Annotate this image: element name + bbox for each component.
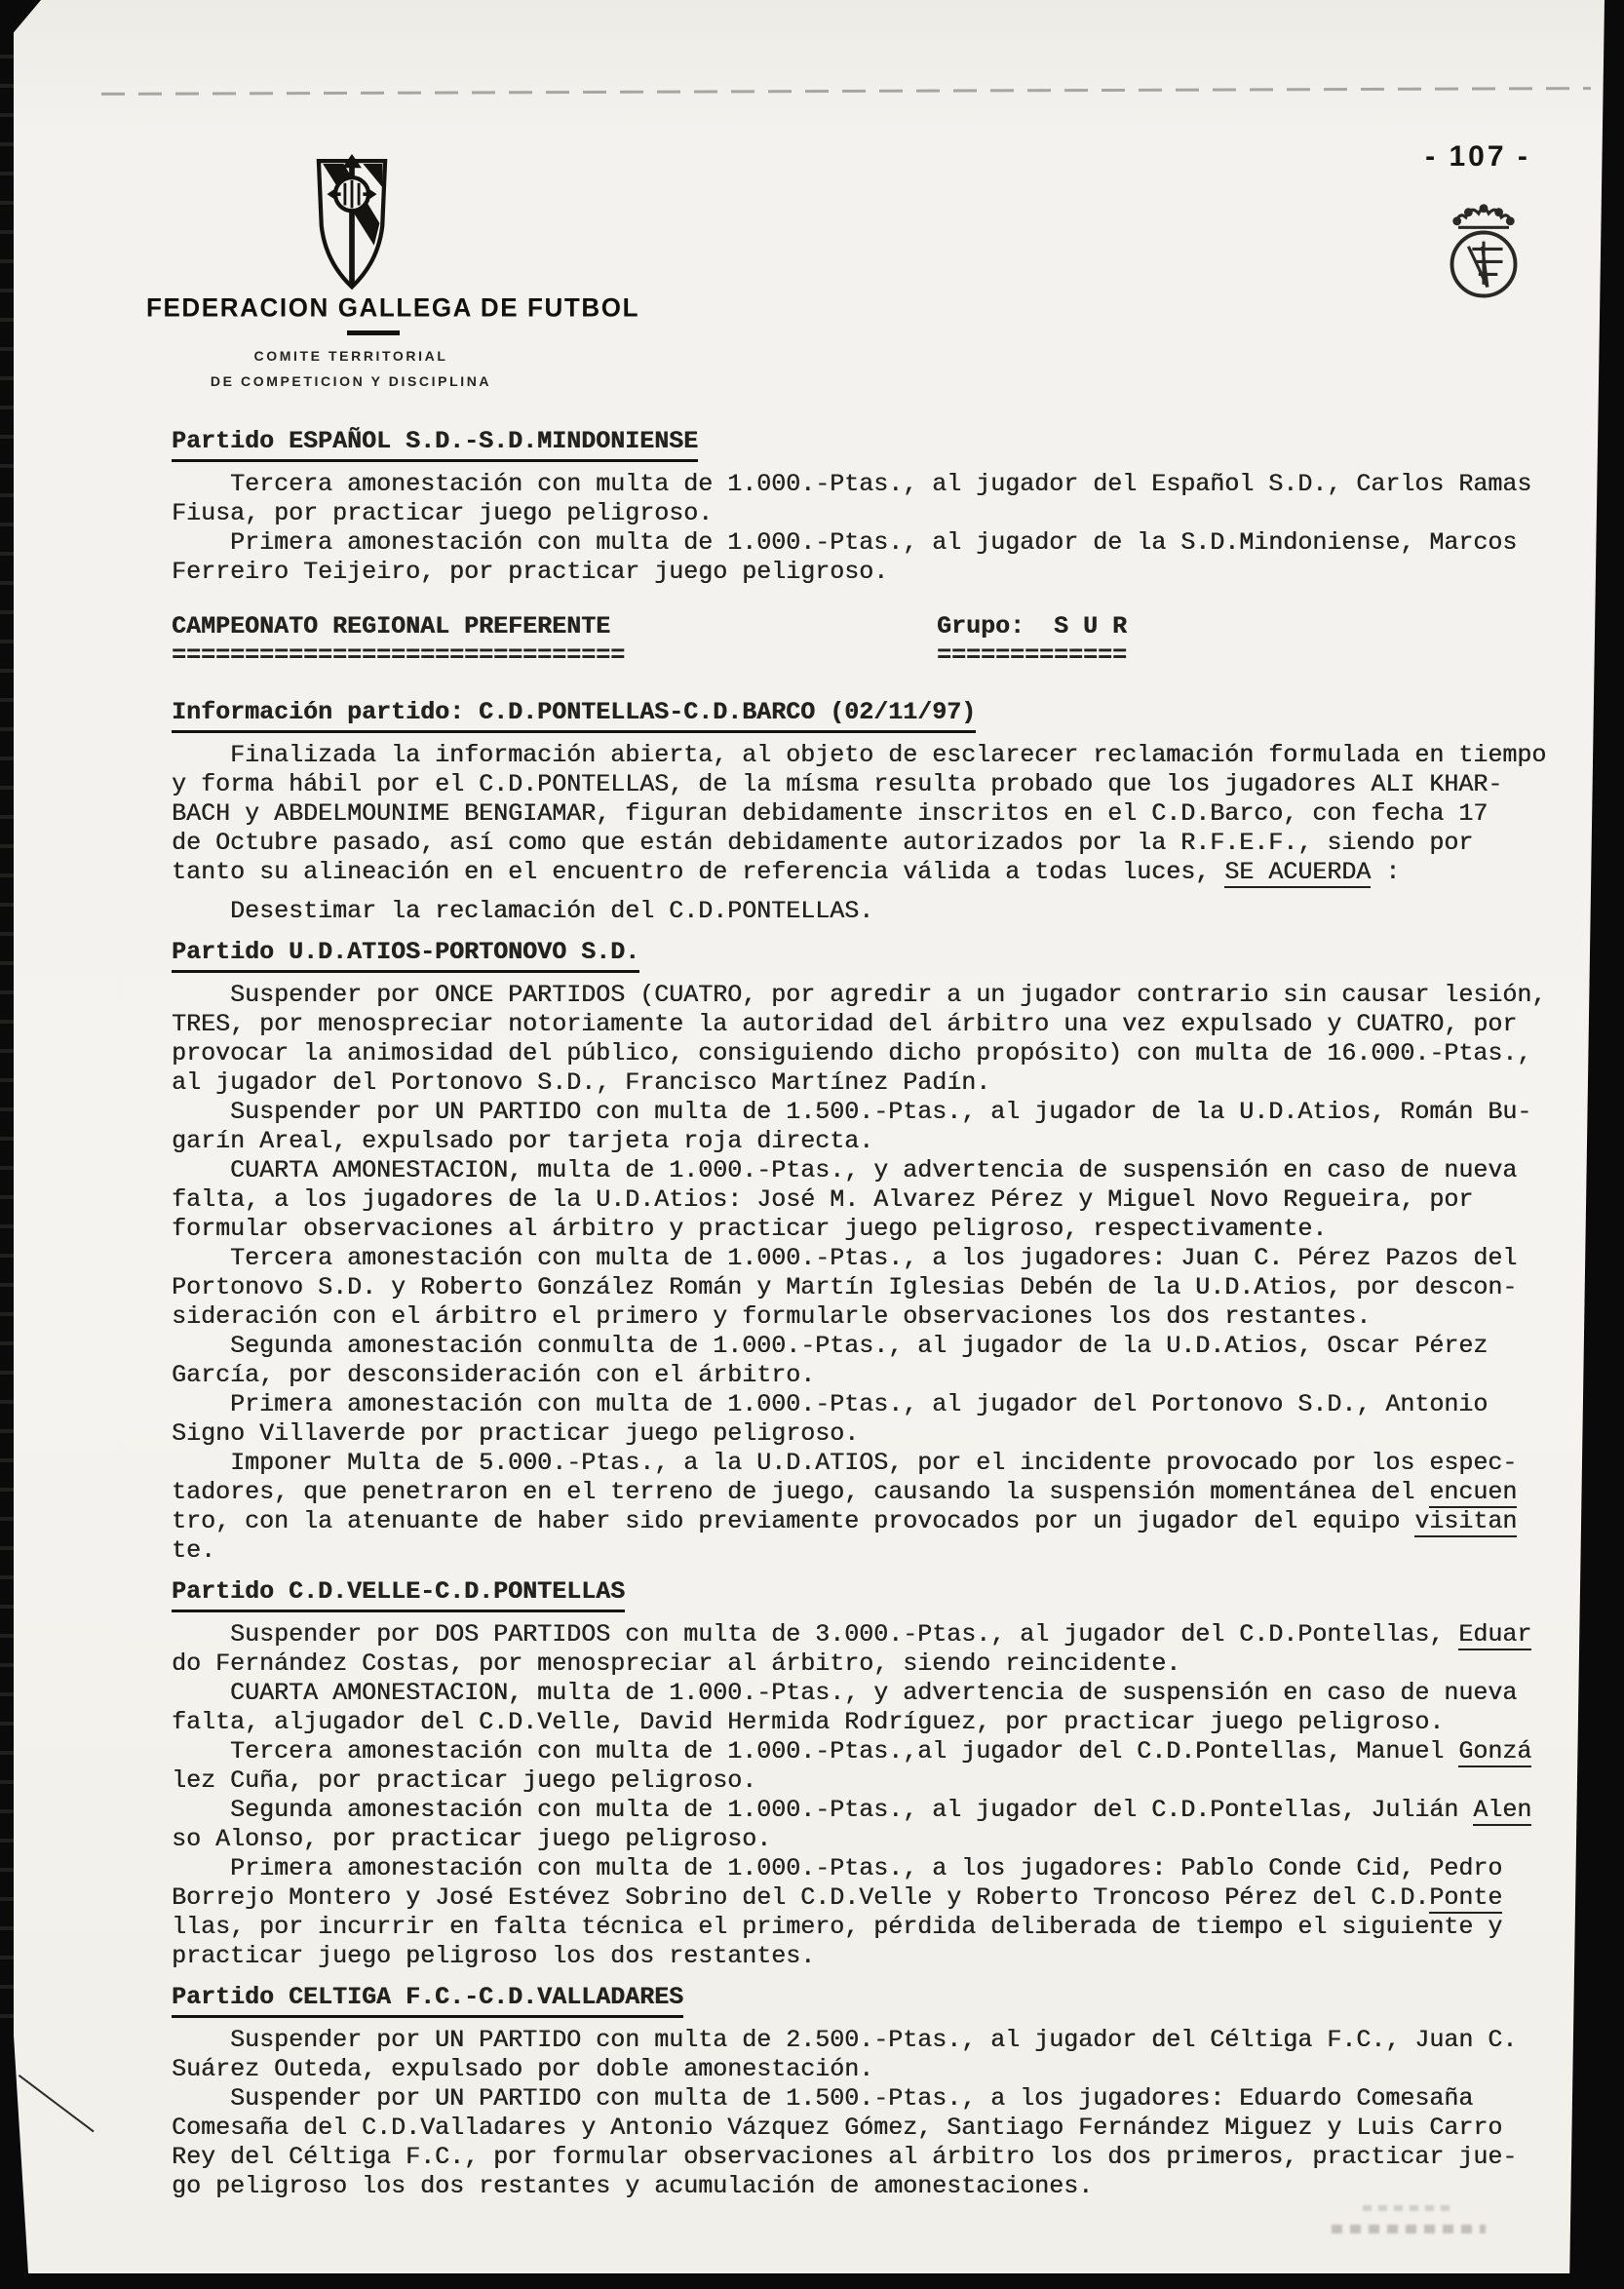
- letterhead-committee: COMITE TERRITORIAL DE COMPETICION Y DISC…: [136, 343, 565, 394]
- document-text-line: Suspender por ONCE PARTIDOS (CUATRO, por…: [172, 981, 1587, 1010]
- document-text-line: garín Areal, expulsado por tarjeta roja …: [172, 1127, 1587, 1156]
- section-heading-text: Partido ESPAÑOL S.D.-S.D.MINDONIENSE: [172, 427, 698, 462]
- text-segment: Desestimar la reclamación del C.D.PONTEL…: [172, 897, 873, 925]
- text-segment: Suspender por ONCE PARTIDOS (CUATRO, por…: [172, 981, 1546, 1009]
- document-text-line: Desestimar la reclamación del C.D.PONTEL…: [172, 897, 1587, 926]
- document-text-line: Suárez Outeda, expulsado por doble amone…: [172, 2055, 1587, 2084]
- document-text-line: practicar juego peligroso los dos restan…: [172, 1942, 1587, 1971]
- document-text-line: TRES, por menospreciar notoriamente la a…: [172, 1010, 1587, 1039]
- spacer: [172, 887, 1587, 897]
- scan-edge-left-wedge: [0, 2036, 29, 2289]
- section-heading: Partido ESPAÑOL S.D.-S.D.MINDONIENSE: [172, 427, 1587, 462]
- document-text-line: llas, por incurrir en falta técnica el p…: [172, 1913, 1587, 1942]
- document-text-line: tanto su alineación en el encuentro de r…: [172, 858, 1587, 887]
- document-text-line: CUARTA AMONESTACION, multa de 1.000.-Pta…: [172, 1679, 1587, 1708]
- text-segment: formular observaciones al árbitro y prac…: [172, 1215, 1327, 1243]
- page-number: - 107 -: [1390, 140, 1566, 174]
- text-segment: llas, por incurrir en falta técnica el p…: [172, 1913, 1502, 1941]
- section-heading: Partido U.D.ATIOS-PORTONOVO S.D.: [172, 938, 1587, 973]
- championship-title-col: CAMPEONATO REGIONAL PREFERENTE==========…: [172, 612, 625, 671]
- document-body: Partido ESPAÑOL S.D.-S.D.MINDONIENSE Ter…: [172, 427, 1587, 2201]
- underlined-continuation: encuen: [1429, 1478, 1517, 1508]
- text-segment: Tercera amonestación con multa de 1.000.…: [172, 470, 1531, 498]
- document-text-line: y forma hábil por el C.D.PONTELLAS, de l…: [172, 770, 1587, 799]
- royal-federation-crest-icon: [1439, 201, 1528, 302]
- underlined-continuation: Alen: [1473, 1796, 1531, 1826]
- letterhead-org-name: FEDERACION GALLEGA DE FUTBOL: [146, 291, 634, 323]
- text-segment: so Alonso, por practicar juego peligroso…: [172, 1825, 771, 1853]
- scanned-page: FEDERACION GALLEGA DE FUTBOL COMITE TERR…: [0, 0, 1624, 2289]
- document-text-line: Suspender por UN PARTIDO con multa de 1.…: [172, 2084, 1587, 2114]
- text-segment: Comesaña del C.D.Valladares y Antonio Vá…: [172, 2114, 1502, 2142]
- pencil-marks: [1332, 2225, 1486, 2233]
- underlined-continuation: Gonzá: [1458, 1737, 1531, 1767]
- document-text-line: Segunda amonestación con multa de 1.000.…: [172, 1796, 1587, 1825]
- text-segment: practicar juego peligroso los dos restan…: [172, 1942, 815, 1970]
- underlined-continuation: Ponte: [1429, 1883, 1502, 1914]
- document-text-line: Suspender por UN PARTIDO con multa de 2.…: [172, 2026, 1587, 2055]
- document-text-line: Signo Villaverde por practicar juego pel…: [172, 1419, 1587, 1449]
- section-heading-text: Partido C.D.VELLE-C.D.PONTELLAS: [172, 1577, 625, 1612]
- text-segment: al jugador del Portonovo S.D., Francisco…: [172, 1068, 990, 1097]
- section-heading-text: Información partido: C.D.PONTELLAS-C.D.B…: [172, 698, 976, 733]
- document-text-line: al jugador del Portonovo S.D., Francisco…: [172, 1068, 1587, 1098]
- text-segment: :: [1371, 858, 1400, 886]
- text-segment: Tercera amonestación con multa de 1.000.…: [172, 1737, 1458, 1765]
- document-text-line: lez Cuña, por practicar juego peligroso.: [172, 1766, 1587, 1796]
- document-text-line: Segunda amonestación conmulta de 1.000.-…: [172, 1332, 1587, 1361]
- document-text-line: Primera amonestación con multa de 1.000.…: [172, 1854, 1587, 1883]
- document-text-line: Borrejo Montero y José Estévez Sobrino d…: [172, 1883, 1587, 1913]
- document-text-line: de Octubre pasado, así como que están de…: [172, 829, 1587, 858]
- document-text-line: go peligroso los dos restantes y acumula…: [172, 2172, 1587, 2201]
- document-text-line: Comesaña del C.D.Valladares y Antonio Vá…: [172, 2114, 1587, 2143]
- text-segment: Segunda amonestación con multa de 1.000.…: [172, 1796, 1473, 1824]
- text-segment: tanto su alineación en el encuentro de r…: [172, 858, 1224, 886]
- text-segment: Suspender por UN PARTIDO con multa de 1.…: [172, 1098, 1531, 1126]
- text-segment: Suárez Outeda, expulsado por doble amone…: [172, 2055, 873, 2083]
- document-text-line: Tercera amonestación con multa de 1.000.…: [172, 1244, 1587, 1273]
- text-segment: te.: [172, 1536, 215, 1565]
- text-segment: falta, aljugador del C.D.Velle, David He…: [172, 1708, 1444, 1736]
- text-segment: CUARTA AMONESTACION, multa de 1.000.-Pta…: [172, 1156, 1517, 1184]
- text-segment: go peligroso los dos restantes y acumula…: [172, 2172, 1093, 2200]
- text-segment: y forma hábil por el C.D.PONTELLAS, de l…: [172, 770, 1502, 798]
- document-text-line: falta, aljugador del C.D.Velle, David He…: [172, 1708, 1587, 1737]
- section-heading: Partido CELTIGA F.C.-C.D.VALLADARES: [172, 1983, 1587, 2018]
- section-heading: Información partido: C.D.PONTELLAS-C.D.B…: [172, 698, 1587, 733]
- text-segment: Ferreiro Teijeiro, por practicar juego p…: [172, 558, 888, 586]
- document-text-line: Rey del Céltiga F.C., por formular obser…: [172, 2143, 1587, 2172]
- underlined-continuation: visitan: [1414, 1507, 1517, 1537]
- document-text-line: Primera amonestación con multa de 1.000.…: [172, 1390, 1587, 1419]
- text-segment: sideración con el árbitro el primero y f…: [172, 1302, 1371, 1331]
- text-segment: Imponer Multa de 5.000.-Ptas., a la U.D.…: [172, 1449, 1517, 1477]
- document-text-line: Tercera amonestación con multa de 1.000.…: [172, 470, 1587, 499]
- text-segment: Suspender por UN PARTIDO con multa de 2.…: [172, 2026, 1517, 2054]
- text-segment: TRES, por menospreciar notoriamente la a…: [172, 1010, 1517, 1038]
- document-text-line: CUARTA AMONESTACION, multa de 1.000.-Pta…: [172, 1156, 1587, 1185]
- text-segment: Primera amonestación con multa de 1.000.…: [172, 528, 1517, 557]
- text-segment: Signo Villaverde por practicar juego pel…: [172, 1419, 859, 1448]
- text-segment: tadores, que penetraron en el terreno de…: [172, 1478, 1429, 1506]
- document-text-line: tadores, que penetraron en el terreno de…: [172, 1478, 1587, 1507]
- text-segment: tro, con la atenuante de haber sido prev…: [172, 1507, 1414, 1535]
- document-text-line: provocar la animosidad del público, cons…: [172, 1039, 1587, 1068]
- text-segment: Borrejo Montero y José Estévez Sobrino d…: [172, 1883, 1429, 1912]
- scan-scratch-mark: [19, 2075, 95, 2132]
- document-text-line: Primera amonestación con multa de 1.000.…: [172, 528, 1587, 558]
- scan-corner-top-left: [0, 0, 41, 49]
- text-segment: lez Cuña, por practicar juego peligroso.: [172, 1766, 756, 1795]
- text-segment: Rey del Céltiga F.C., por formular obser…: [172, 2143, 1517, 2171]
- document-text-line: Portonovo S.D. y Roberto González Román …: [172, 1273, 1587, 1302]
- scan-fold-line: [101, 87, 1591, 96]
- text-segment: Primera amonestación con multa de 1.000.…: [172, 1854, 1502, 1882]
- committee-line-2: DE COMPETICION Y DISCIPLINA: [136, 369, 565, 394]
- group-label: Grupo: S U R: [937, 612, 1127, 641]
- group-col: Grupo: S U R=============: [937, 612, 1127, 671]
- document-text-line: tro, con la atenuante de haber sido prev…: [172, 1507, 1587, 1536]
- text-segment: Tercera amonestación con multa de 1.000.…: [172, 1244, 1517, 1272]
- text-segment: Fiusa, por practicar juego peligroso.: [172, 499, 713, 527]
- double-rule: =============: [937, 641, 1127, 671]
- text-segment: provocar la animosidad del público, cons…: [172, 1039, 1531, 1067]
- text-segment: Finalizada la información abierta, al ob…: [172, 741, 1546, 769]
- document-text-line: Tercera amonestación con multa de 1.000.…: [172, 1737, 1587, 1766]
- section-heading: Partido C.D.VELLE-C.D.PONTELLAS: [172, 1577, 1587, 1612]
- text-segment: CUARTA AMONESTACION, multa de 1.000.-Pta…: [172, 1679, 1517, 1707]
- text-segment: Primera amonestación con multa de 1.000.…: [172, 1390, 1488, 1418]
- text-segment: BACH y ABDELMOUNIME BENGIAMAR, figuran d…: [172, 799, 1488, 828]
- text-segment: Segunda amonestación conmulta de 1.000.-…: [172, 1332, 1488, 1360]
- letterhead-rule: [347, 330, 400, 335]
- double-rule: ===============================: [172, 641, 625, 671]
- text-segment: Portonovo S.D. y Roberto González Román …: [172, 1273, 1517, 1301]
- championship-title: CAMPEONATO REGIONAL PREFERENTE: [172, 612, 625, 641]
- document-text-line: Imponer Multa de 5.000.-Ptas., a la U.D.…: [172, 1449, 1587, 1478]
- text-segment: garín Areal, expulsado por tarjeta roja …: [172, 1127, 873, 1155]
- text-segment: do Fernández Costas, por menospreciar al…: [172, 1649, 1180, 1678]
- text-segment: Suspender por DOS PARTIDOS con multa de …: [172, 1620, 1458, 1649]
- document-text-line: García, por desconsideración con el árbi…: [172, 1361, 1587, 1390]
- committee-line-1: COMITE TERRITORIAL: [136, 343, 565, 369]
- text-segment: de Octubre pasado, así como que están de…: [172, 829, 1473, 857]
- document-text-line: Suspender por UN PARTIDO con multa de 1.…: [172, 1098, 1587, 1127]
- section-heading-text: Partido CELTIGA F.C.-C.D.VALLADARES: [172, 1983, 683, 2018]
- document-text-line: sideración con el árbitro el primero y f…: [172, 1302, 1587, 1332]
- scan-edge-left: [0, 0, 14, 2289]
- document-text-line: falta, a los jugadores de la U.D.Atios: …: [172, 1185, 1587, 1215]
- federation-shield-logo: [310, 154, 394, 292]
- document-text-line: do Fernández Costas, por menospreciar al…: [172, 1649, 1587, 1679]
- scan-edge-bottom: [0, 2273, 1624, 2289]
- document-text-line: Ferreiro Teijeiro, por practicar juego p…: [172, 558, 1587, 587]
- text-segment: García, por desconsideración con el árbi…: [172, 1361, 815, 1389]
- document-text-line: Fiusa, por practicar juego peligroso.: [172, 499, 1587, 528]
- text-segment: falta, a los jugadores de la U.D.Atios: …: [172, 1185, 1473, 1214]
- section-heading-text: Partido U.D.ATIOS-PORTONOVO S.D.: [172, 938, 639, 973]
- document-text-line: te.: [172, 1536, 1587, 1566]
- underlined-continuation: Eduar: [1458, 1620, 1531, 1650]
- pencil-marks-faint: [1363, 2205, 1456, 2211]
- document-text-line: so Alonso, por practicar juego peligroso…: [172, 1825, 1587, 1854]
- document-text-line: BACH y ABDELMOUNIME BENGIAMAR, figuran d…: [172, 799, 1587, 829]
- championship-header-row: CAMPEONATO REGIONAL PREFERENTE==========…: [172, 612, 1587, 675]
- document-text-line: formular observaciones al árbitro y prac…: [172, 1215, 1587, 1244]
- document-text-line: Suspender por DOS PARTIDOS con multa de …: [172, 1620, 1587, 1649]
- text-segment: Suspender por UN PARTIDO con multa de 1.…: [172, 2084, 1473, 2113]
- document-text-line: Finalizada la información abierta, al ob…: [172, 741, 1587, 770]
- underlined-continuation: SE ACUERDA: [1224, 858, 1371, 888]
